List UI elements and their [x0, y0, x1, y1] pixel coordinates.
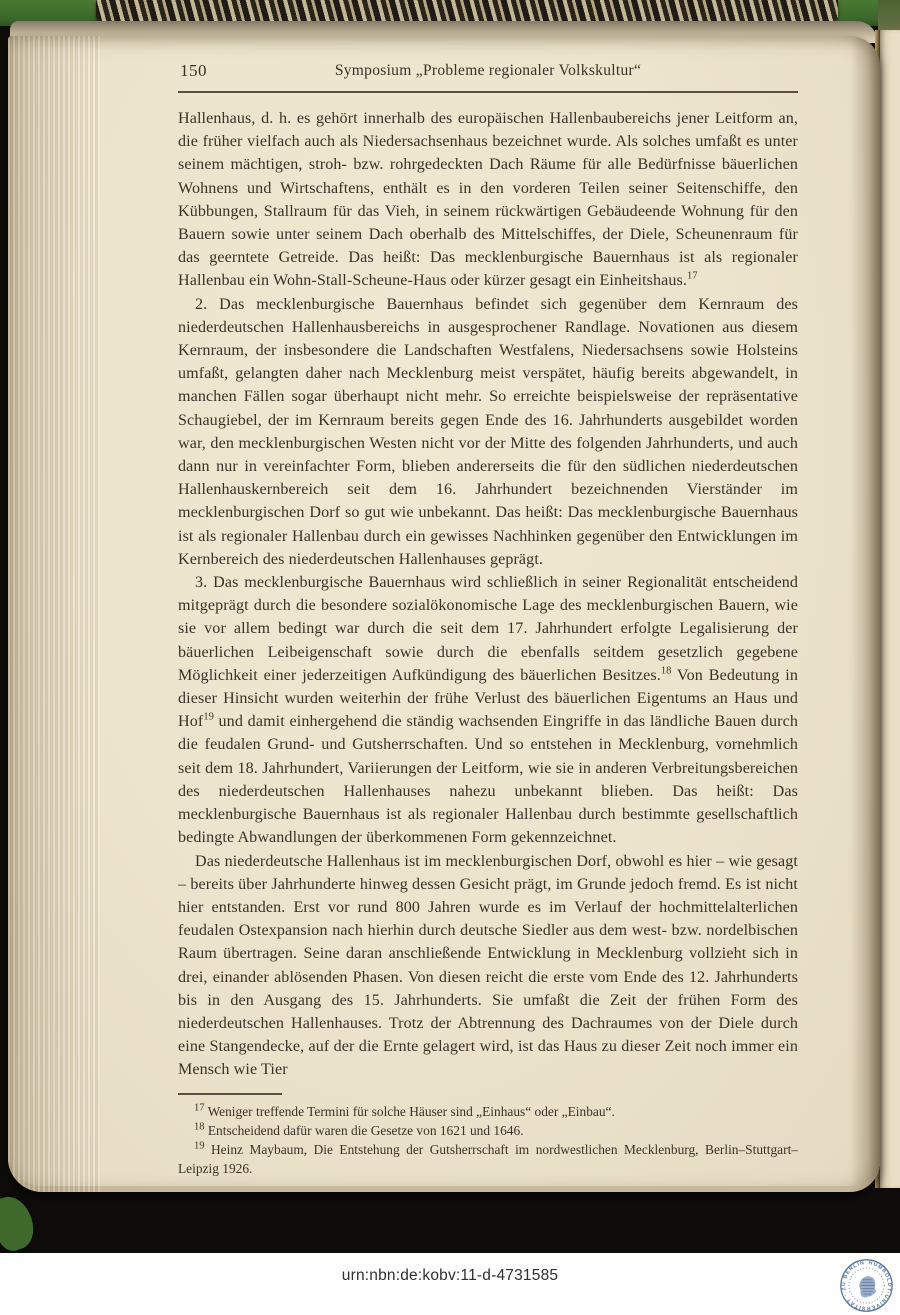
page-content: 150 Symposium „Probleme regionaler Volks… [178, 36, 798, 1176]
footnotes: 17 Weniger treffende Termini für solche … [178, 1102, 798, 1176]
book-page: 150 Symposium „Probleme regionaler Volks… [8, 36, 880, 1192]
paragraph: 2. Das mecklenburgische Bauernhaus befin… [178, 293, 798, 571]
gutter-shadow [850, 36, 880, 1192]
footnote: 17 Weniger treffende Termini für solche … [178, 1102, 798, 1121]
footnote: 19 Heinz Maybaum, Die Entstehung der Gut… [178, 1140, 798, 1176]
footnote-number: 18 [194, 1121, 205, 1132]
paragraph: 3. Das mecklenburgische Bauernhaus wird … [178, 571, 798, 849]
body-paragraphs: Hallenhaus, d. h. es gehört innerhalb de… [178, 107, 798, 1082]
running-head-title: Symposium „Probleme regionaler Volkskult… [178, 60, 798, 80]
footnote-separator [178, 1093, 282, 1095]
humboldt-university-seal-icon: HUMBOLDT-UNIVERSITÄT · ZU BERLIN · [838, 1257, 895, 1314]
footnote-reference: 18 [661, 666, 672, 677]
footnote-reference: 19 [203, 712, 214, 723]
paragraph: Hallenhaus, d. h. es gehört innerhalb de… [178, 107, 798, 293]
footnote: 18 Entscheidend dafür waren die Gesetze … [178, 1121, 798, 1140]
facing-page-sliver [880, 30, 900, 1188]
footnote-number: 17 [194, 1102, 205, 1113]
header-rule [178, 91, 798, 93]
page-number: 150 [180, 61, 207, 81]
book-headband [96, 0, 838, 21]
footnote-number: 19 [194, 1140, 205, 1151]
cover-corner-bottom-left [0, 1191, 39, 1254]
scanned-book-page: 150 Symposium „Probleme regionaler Volks… [0, 0, 900, 1315]
paragraph: Das niederdeutsche Hallenhaus ist im mec… [178, 850, 798, 1082]
page-stack-left-edge [8, 36, 100, 1192]
digitization-footer: urn:nbn:de:kobv:11-d-4731585 HUMBOLDT-UN… [0, 1253, 900, 1315]
page-header: 150 Symposium „Probleme regionaler Volks… [178, 60, 798, 84]
footnote-reference: 17 [687, 271, 698, 282]
urn-text: urn:nbn:de:kobv:11-d-4731585 [0, 1267, 900, 1285]
